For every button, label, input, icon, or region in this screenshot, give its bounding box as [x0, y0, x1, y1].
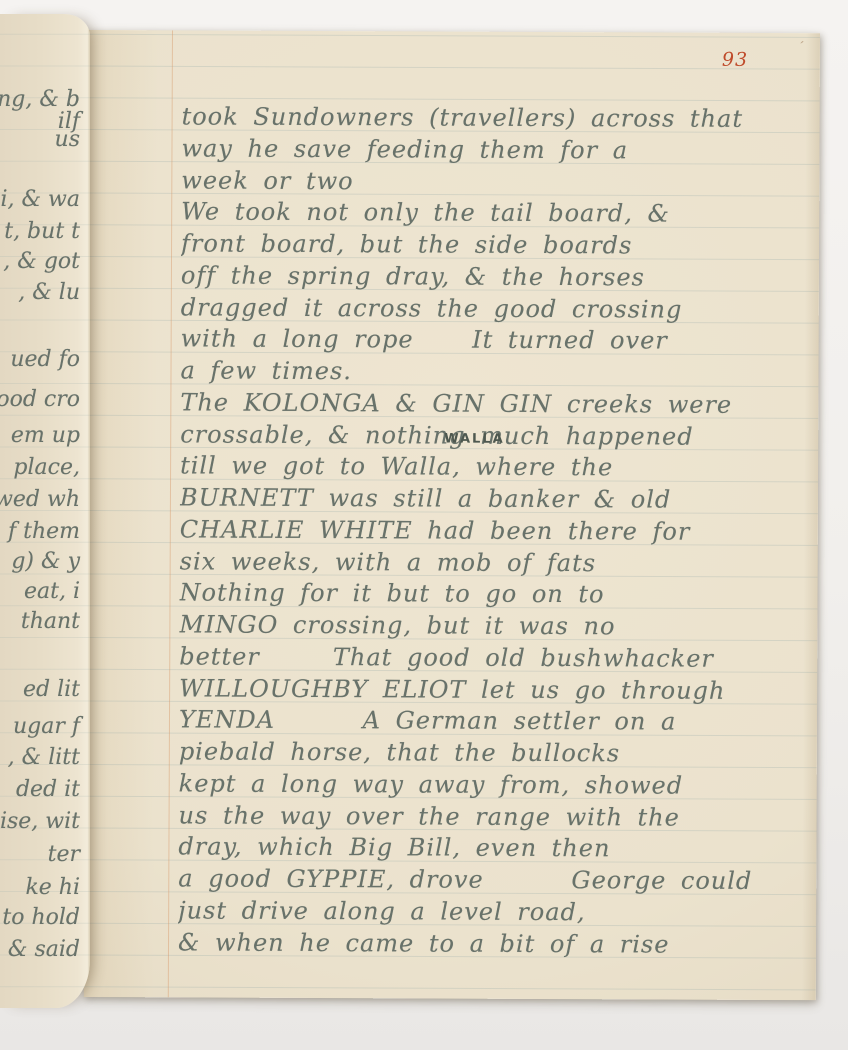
- manuscript-line: CHARLIE WHITE had been there for: [180, 515, 814, 548]
- manuscript-line: six weeks, with a mob of fats: [180, 547, 814, 580]
- page-number: 93: [722, 49, 748, 71]
- manuscript-line: WILLOUGHBY ELIOT let us go through: [179, 674, 813, 707]
- manuscript-line: till we got to Walla, where the: [180, 452, 814, 485]
- manuscript-line: front board, but the side boards: [181, 229, 815, 262]
- manuscript-line: piebald horse, that the bullocks: [179, 737, 813, 770]
- manuscript-line: us the way over the range with the: [179, 801, 813, 834]
- manuscript-line: way he save feeding them for a: [181, 134, 815, 167]
- manuscript-line: a few times.: [180, 356, 814, 389]
- manuscript-line: with a long rope It turned over: [181, 325, 815, 358]
- manuscript-line: took Sundowners (travellers) across that: [182, 102, 816, 135]
- manuscript-line: BURNETT was still a banker & old: [180, 483, 814, 516]
- left-page-fragment: , & lu: [18, 280, 80, 305]
- left-page-fragment: ed lit: [23, 677, 80, 702]
- left-page-fragment: ded it: [16, 777, 80, 802]
- left-page-fragment: f them: [8, 519, 80, 544]
- left-page-fragment: , & said: [0, 937, 80, 962]
- left-page-fragment: i, & wa: [0, 187, 80, 212]
- manuscript-line: Nothing for it but to go on to: [179, 579, 813, 612]
- inserted-word-annotation: WALLA: [444, 432, 505, 447]
- manuscript-line: dray, which Big Bill, even then: [178, 833, 812, 866]
- manuscript-line: MINGO crossing, but it was no: [179, 610, 813, 643]
- left-page-fragment: ke hi: [25, 875, 80, 900]
- left-page-fragment: t, but t: [4, 219, 80, 244]
- left-page-fragment: , & litt: [8, 745, 80, 770]
- left-page-fragment: g) & y: [11, 549, 80, 574]
- left-page-fragment: ugar f: [13, 714, 80, 739]
- left-page-fragment: , & got: [3, 249, 80, 274]
- left-page-fragment: thant: [21, 609, 80, 634]
- manuscript-line: a good GYPPIE, drove George could: [178, 864, 812, 897]
- left-page-fragment: eat, i: [24, 579, 80, 604]
- manuscript-line: & when he came to a bit of a rise: [178, 928, 812, 961]
- manuscript-line: kept a long way away from, showed: [179, 769, 813, 802]
- manuscript-line: We took not only the tail board, &: [181, 198, 815, 231]
- left-page-fragment: ter: [48, 842, 80, 867]
- manuscript-line: dragged it across the good crossing: [181, 293, 815, 326]
- left-page-fragment: wed wh: [0, 487, 80, 512]
- left-page-fragment: to hold: [2, 905, 80, 930]
- manuscript-line: week or two: [181, 166, 815, 199]
- manuscript-line: YENDA A German settler on a: [179, 706, 813, 739]
- manuscript-line: off the spring dray, & the horses: [181, 261, 815, 294]
- left-page-fragment: place,: [13, 455, 80, 480]
- manuscript-line: The KOLONGA & GIN GIN creeks were: [180, 388, 814, 421]
- left-page-fragment: ued fo: [10, 347, 80, 372]
- manuscript-line: just drive along a level road,: [178, 896, 812, 929]
- diary-page: ′ 93 took Sundowners (travellers) across…: [84, 30, 820, 1000]
- manuscript-line: better That good old bushwhacker: [179, 642, 813, 675]
- previous-page-edge: ng, & bilfusi, & wat, but t, & got, & lu…: [0, 14, 90, 1008]
- left-page-fragment: ood cro: [0, 387, 80, 412]
- left-page-fragment: us: [55, 127, 80, 152]
- left-page-fragment: ise, wit: [0, 809, 80, 834]
- left-page-fragment: em up: [11, 423, 80, 448]
